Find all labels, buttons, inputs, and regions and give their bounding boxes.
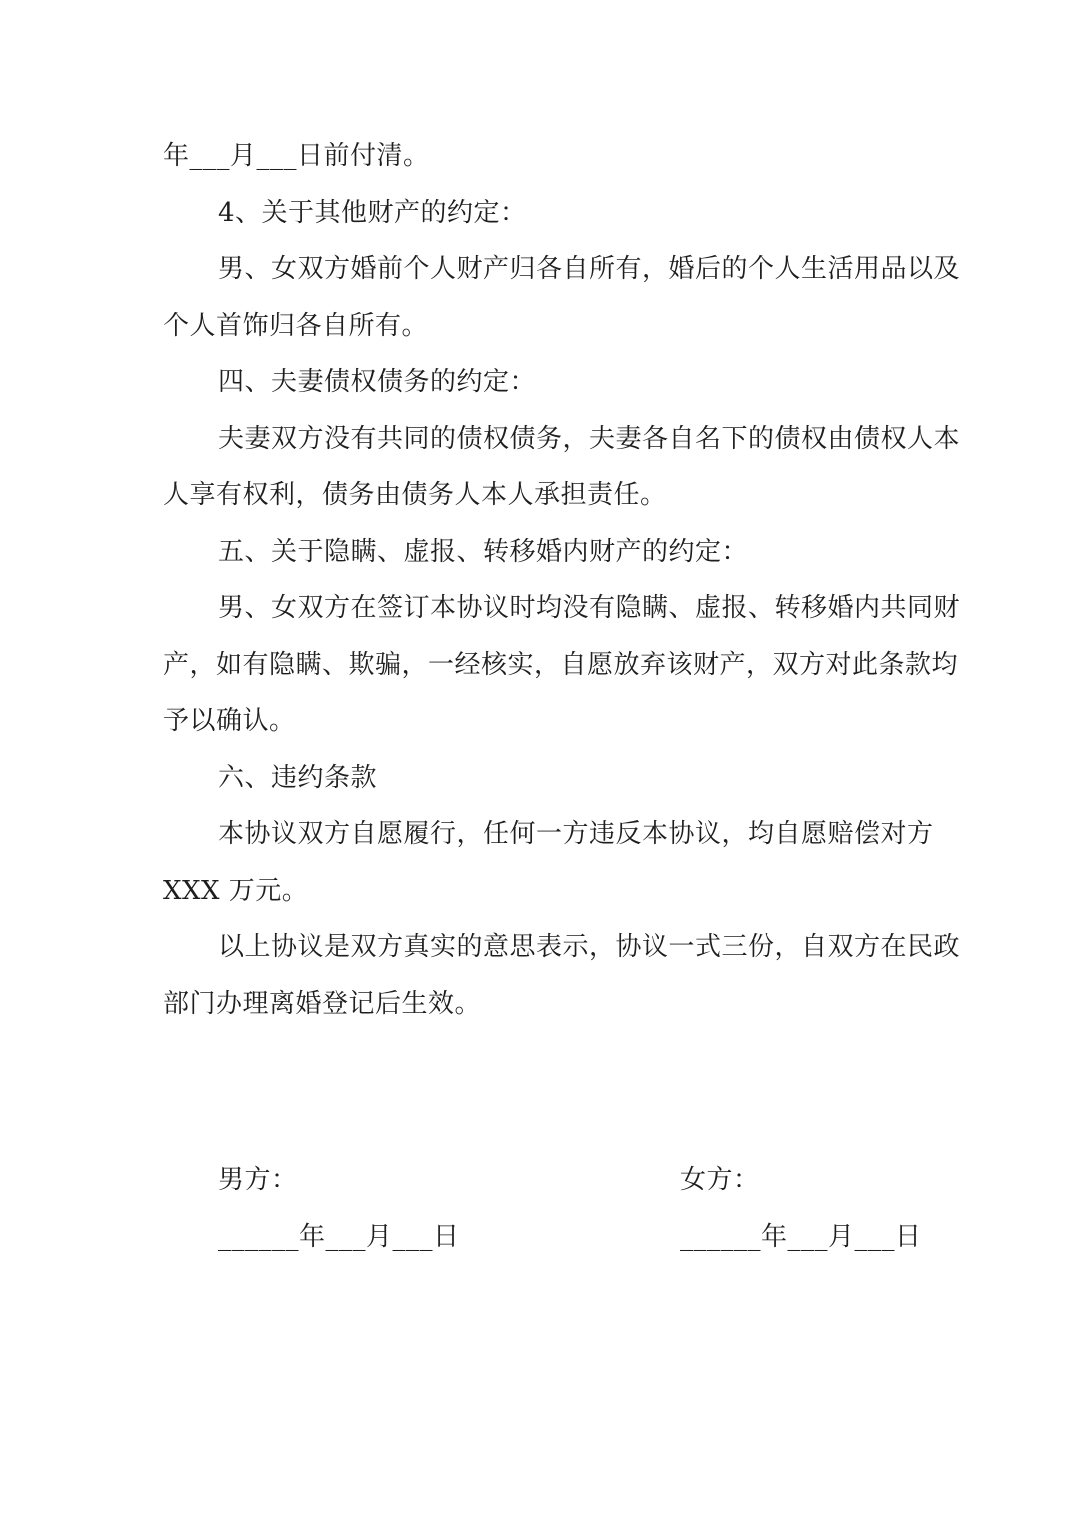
signature-date-row: ______年___月___日 ______年___月___日 [163, 1209, 940, 1266]
document-line: 产，如有隐瞒、欺骗，一经核实，自愿放弃该财产，双方对此条款均 [163, 637, 940, 694]
document-line: 六、违约条款 [163, 750, 940, 807]
document-line: 4、关于其他财产的约定： [163, 185, 940, 242]
document-line: 部门办理离婚登记后生效。 [163, 976, 940, 1033]
document-line: 予以确认。 [163, 693, 940, 750]
wife-signature-label: 女方： [680, 1152, 760, 1209]
document-line: 个人首饰归各自所有。 [163, 298, 940, 355]
document-line: 男、女双方在签订本协议时均没有隐瞒、虚报、转移婚内共同财 [163, 580, 940, 637]
signature-block: 男方： 女方： ______年___月___日 ______年___月___日 [163, 1152, 940, 1266]
document-line: 本协议双方自愿履行，任何一方违反本协议，均自愿赔偿对方 [163, 806, 940, 863]
document-line: 四、夫妻债权债务的约定： [163, 354, 940, 411]
document-page: 年___月___日前付清。 4、关于其他财产的约定： 男、女双方婚前个人财产归各… [0, 0, 1080, 1528]
document-line: 五、关于隐瞒、虚报、转移婚内财产的约定： [163, 524, 940, 581]
document-body: 年___月___日前付清。 4、关于其他财产的约定： 男、女双方婚前个人财产归各… [0, 0, 1080, 1266]
document-line: 夫妻双方没有共同的债权债务，夫妻各自名下的债权由债权人本 [163, 411, 940, 468]
husband-date-blank: ______年___月___日 [218, 1209, 680, 1266]
document-line: XXX 万元。 [163, 863, 940, 920]
document-line: 以上协议是双方真实的意思表示，协议一式三份，自双方在民政 [163, 919, 940, 976]
signature-label-row: 男方： 女方： [163, 1152, 940, 1209]
document-line: 年___月___日前付清。 [163, 128, 940, 185]
document-line: 男、女双方婚前个人财产归各自所有，婚后的个人生活用品以及 [163, 241, 940, 298]
husband-signature-label: 男方： [218, 1152, 680, 1209]
document-line: 人享有权利，债务由债务人本人承担责任。 [163, 467, 940, 524]
wife-date-blank: ______年___月___日 [680, 1209, 922, 1266]
